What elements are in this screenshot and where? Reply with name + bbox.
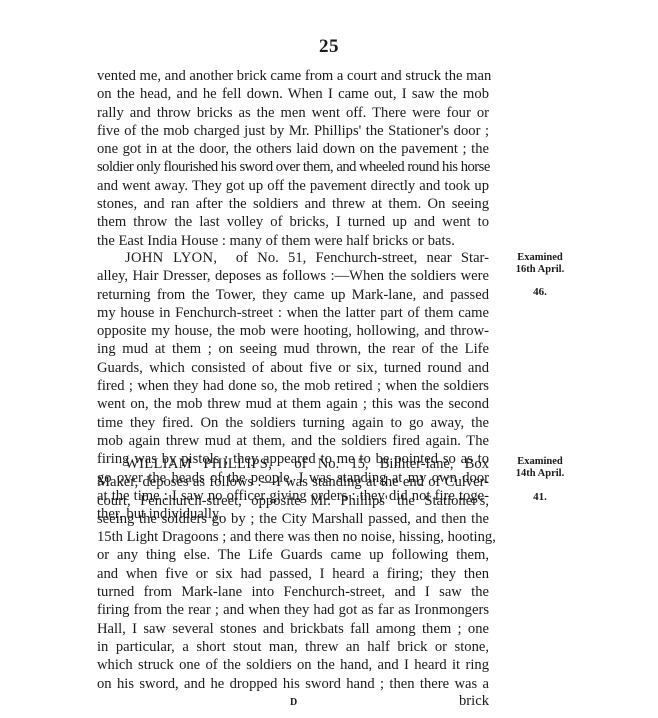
text-line: on the head, and he fell down. When I ca… — [97, 85, 489, 103]
continuation-paragraph: vented me, and another brick came from a… — [97, 67, 489, 250]
margin-note-date: 14th April. — [505, 468, 575, 480]
text-line: mob again threw mud at them, and the sol… — [97, 432, 489, 450]
text-line: five of the mob charged just by Mr. Phil… — [97, 122, 489, 140]
text-line: in particular, a short stout man, threw … — [97, 638, 489, 656]
text-line: firing from the rear ; and when they had… — [97, 601, 489, 619]
text-line: Guards, which consisted of about five or… — [97, 359, 489, 377]
text-line: and went away. They got up off the pavem… — [97, 177, 489, 195]
text-line: stones, and ran after the soldiers and t… — [97, 195, 489, 213]
text-line: returning from the Tower, they came up M… — [97, 286, 489, 304]
text-line: or any thing else. The Life Guards came … — [97, 546, 489, 564]
text-line: of No. 51, Fenchurch-street, near Star- — [236, 250, 489, 266]
text-line: the East India House : many of them were… — [97, 232, 489, 250]
text-line: went on, the mob threw mud at them again… — [97, 395, 489, 413]
margin-deposition-number: 41. — [505, 491, 575, 503]
text-line: vented me, and another brick came from a… — [97, 67, 489, 85]
margin-note-examined: Examined 16th April. — [505, 252, 575, 276]
text-line: of No. 15, Billiter-lane, Box — [294, 456, 489, 472]
text-line: Maker, deposes as follows :—I was standi… — [97, 473, 489, 491]
text-line: soldier only flourished his sword over t… — [97, 158, 489, 176]
deposition-william-phillips: WILLIAM PHILLIPS, of No. 15, Billiter-la… — [97, 455, 489, 693]
margin-deposition-number: 46. — [505, 286, 575, 298]
catchword: brick — [454, 693, 489, 710]
margin-note-date: 16th April. — [505, 264, 575, 276]
text-line: one got in at the door, the others laid … — [97, 140, 489, 158]
text-line: time they fired. On the soldiers turning… — [97, 414, 489, 432]
text-line: on his sword, and he dropped his sword h… — [97, 675, 489, 693]
text-line: which struck one of the soldiers on the … — [97, 656, 489, 674]
text-line: Hall, I saw several stones and brickbats… — [97, 620, 489, 638]
text-line: rally and throw bricks as the men went o… — [97, 104, 489, 122]
text-line: 15th Light Dragoons ; and there was then… — [97, 528, 489, 546]
text-line: seeing the soldiers go by ; the City Mar… — [97, 510, 489, 528]
deponent-name: WILLIAM PHILLIPS, — [125, 456, 272, 472]
text-line: alley, Hair Dresser, deposes as follows … — [97, 267, 489, 285]
text-line: and when five or six had passed, I heard… — [97, 565, 489, 583]
text-line: opposite my house, the mob were hooting,… — [97, 322, 489, 340]
text-line: ing mud at them ; on seeing mud thrown, … — [97, 340, 489, 358]
text-line: court, Fenchurch-street, opposite Mr. Ph… — [97, 492, 489, 510]
margin-note-label: Examined — [505, 252, 575, 264]
text-line: fired ; when they had done so, the mob r… — [97, 377, 489, 395]
page-number: 25 — [0, 36, 658, 58]
text-line: my house in Fenchurch-street : when the … — [97, 304, 489, 322]
text-line: them throw the last volley of bricks, I … — [97, 213, 489, 231]
deposition-first-line: WILLIAM PHILLIPS, of No. 15, Billiter-la… — [97, 455, 489, 473]
deponent-name: JOHN LYON, — [125, 250, 217, 266]
deposition-first-line: JOHN LYON, of No. 51, Fenchurch-street, … — [97, 249, 489, 267]
margin-note-examined: Examined 14th April. — [505, 456, 575, 480]
text-line: turned from Mark-lane into Fenchurch-str… — [97, 583, 489, 601]
margin-note-label: Examined — [505, 456, 575, 468]
signature-mark: D — [290, 697, 297, 708]
